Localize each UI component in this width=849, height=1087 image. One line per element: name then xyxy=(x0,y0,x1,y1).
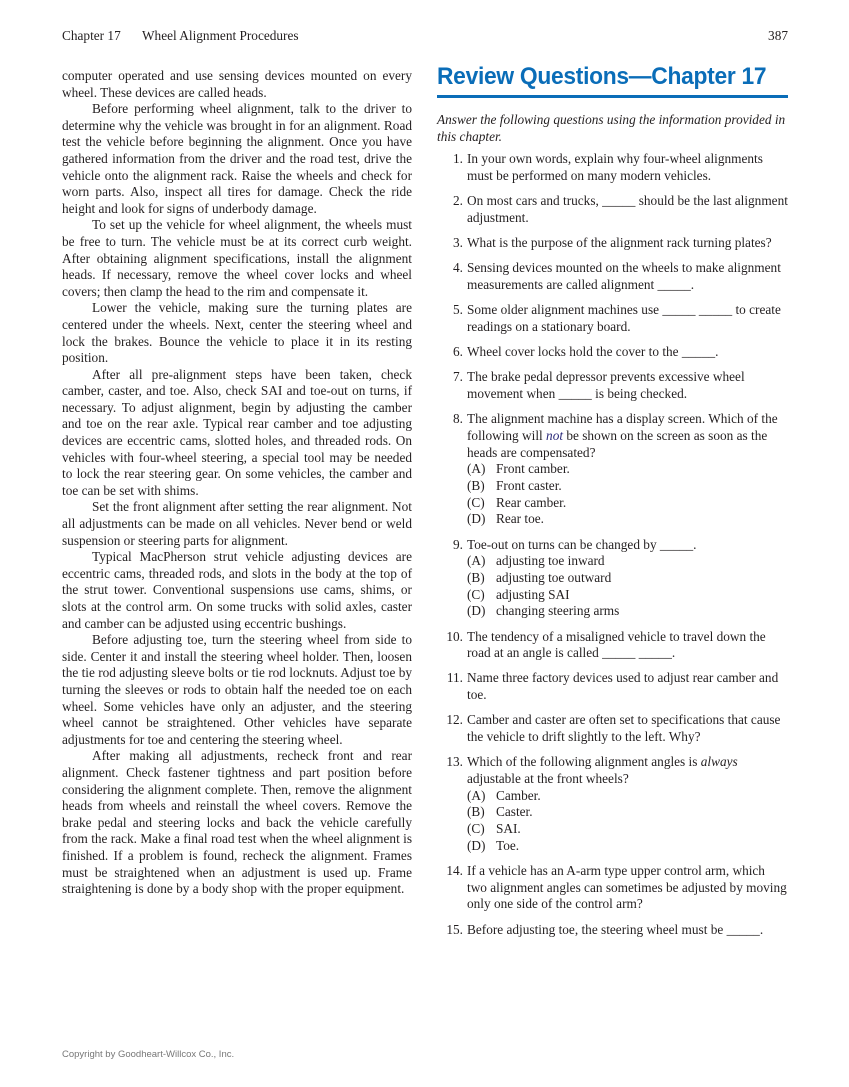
question-text: The brake pedal depressor prevents exces… xyxy=(467,369,745,401)
question-item: 13.Which of the following alignment angl… xyxy=(437,754,788,854)
question-text: On most cars and trucks, _____ should be… xyxy=(467,193,788,225)
option-text: Toe. xyxy=(496,838,519,853)
answer-option: (A)Front camber. xyxy=(467,461,788,478)
option-text: Rear toe. xyxy=(496,511,544,526)
section-title-rule xyxy=(437,95,788,98)
body-paragraph: After all pre-alignment steps have been … xyxy=(62,367,412,500)
question-item: 2.On most cars and trucks, _____ should … xyxy=(437,193,788,226)
question-item: 4.Sensing devices mounted on the wheels … xyxy=(437,260,788,293)
question-number: 14. xyxy=(446,863,463,880)
answer-option: (A)Camber. xyxy=(467,788,788,805)
option-text: Rear camber. xyxy=(496,495,566,510)
question-text: Some older alignment machines use _____ … xyxy=(467,302,781,334)
option-letter: (A) xyxy=(467,461,485,478)
answer-option: (D)Rear toe. xyxy=(467,511,788,528)
option-text: adjusting SAI xyxy=(496,587,570,602)
question-text: Toe-out on turns can be changed by _____… xyxy=(467,537,697,552)
copyright-footer: Copyright by Goodheart-Willcox Co., Inc. xyxy=(62,1049,234,1060)
option-letter: (B) xyxy=(467,804,485,821)
question-item: 10.The tendency of a misaligned vehicle … xyxy=(437,629,788,662)
question-text: The tendency of a misaligned vehicle to … xyxy=(467,629,766,661)
body-paragraph: After making all adjustments, recheck fr… xyxy=(62,748,412,897)
body-paragraph: To set up the vehicle for wheel alignmen… xyxy=(62,217,412,300)
question-number: 15. xyxy=(446,922,463,939)
question-item: 9.Toe-out on turns can be changed by ___… xyxy=(437,537,788,621)
question-item: 1.In your own words, explain why four-wh… xyxy=(437,151,788,184)
instructions: Answer the following questions using the… xyxy=(437,112,788,145)
option-text: Front camber. xyxy=(496,461,570,476)
answer-option: (D)Toe. xyxy=(467,838,788,855)
option-text: Front caster. xyxy=(496,478,562,493)
option-text: adjusting toe outward xyxy=(496,570,611,585)
question-text: Which of the following alignment angles … xyxy=(467,754,701,769)
question-item: 7.The brake pedal depressor prevents exc… xyxy=(437,369,788,402)
option-text: Camber. xyxy=(496,788,541,803)
option-text: SAI. xyxy=(496,821,521,836)
body-paragraph: Typical MacPherson strut vehicle adjusti… xyxy=(62,549,412,632)
option-letter: (B) xyxy=(467,570,485,587)
question-number: 10. xyxy=(446,629,463,646)
question-item: 14.If a vehicle has an A-arm type upper … xyxy=(437,863,788,913)
option-letter: (D) xyxy=(467,603,485,620)
option-letter: (A) xyxy=(467,788,485,805)
question-item: 3.What is the purpose of the alignment r… xyxy=(437,235,788,252)
answer-option: (A)adjusting toe inward xyxy=(467,553,788,570)
page-number: 387 xyxy=(768,28,788,44)
option-letter: (C) xyxy=(467,821,485,838)
question-item: 11.Name three factory devices used to ad… xyxy=(437,670,788,703)
option-letter: (A) xyxy=(467,553,485,570)
question-item: 15.Before adjusting toe, the steering wh… xyxy=(437,922,788,939)
option-letter: (D) xyxy=(467,511,485,528)
answer-option: (C)adjusting SAI xyxy=(467,587,788,604)
body-paragraph: Before adjusting toe, turn the steering … xyxy=(62,632,412,748)
section-title: Review Questions—Chapter 17 xyxy=(437,62,763,92)
option-text: Caster. xyxy=(496,804,533,819)
body-paragraph: computer operated and use sensing device… xyxy=(62,68,412,101)
question-number: 9. xyxy=(453,537,463,554)
body-text-column: computer operated and use sensing device… xyxy=(62,68,412,898)
answer-option: (C)Rear camber. xyxy=(467,495,788,512)
option-letter: (B) xyxy=(467,478,485,495)
question-number: 2. xyxy=(453,193,463,210)
question-number: 8. xyxy=(453,411,463,428)
option-letter: (C) xyxy=(467,587,485,604)
review-questions-section: Review Questions—Chapter 17 Answer the f… xyxy=(437,62,788,947)
question-emphasis: not xyxy=(546,428,563,443)
question-number: 1. xyxy=(453,151,463,168)
question-text: In your own words, explain why four-whee… xyxy=(467,151,763,183)
question-item: 6.Wheel cover locks hold the cover to th… xyxy=(437,344,788,361)
question-list: 1.In your own words, explain why four-wh… xyxy=(437,151,788,938)
body-paragraph: Lower the vehicle, making sure the turni… xyxy=(62,300,412,366)
question-text: Name three factory devices used to adjus… xyxy=(467,670,778,702)
question-emphasis: always xyxy=(701,754,738,769)
question-item: 12.Camber and caster are often set to sp… xyxy=(437,712,788,745)
answer-option: (D)changing steering arms xyxy=(467,603,788,620)
question-text: Wheel cover locks hold the cover to the … xyxy=(467,344,718,359)
chapter-title: Wheel Alignment Procedures xyxy=(142,28,299,44)
question-number: 12. xyxy=(446,712,463,729)
question-text: If a vehicle has an A-arm type upper con… xyxy=(467,863,787,911)
body-paragraph: Set the front alignment after setting th… xyxy=(62,499,412,549)
question-item: 5.Some older alignment machines use ____… xyxy=(437,302,788,335)
question-number: 13. xyxy=(446,754,463,771)
body-paragraph: Before performing wheel alignment, talk … xyxy=(62,101,412,217)
running-head: Chapter 17 Wheel Alignment Procedures 38… xyxy=(62,28,788,46)
chapter-label: Chapter 17 xyxy=(62,28,121,44)
question-number: 4. xyxy=(453,260,463,277)
question-text: Sensing devices mounted on the wheels to… xyxy=(467,260,781,292)
answer-option: (B)adjusting toe outward xyxy=(467,570,788,587)
question-number: 6. xyxy=(453,344,463,361)
answer-option: (B)Front caster. xyxy=(467,478,788,495)
question-number: 3. xyxy=(453,235,463,252)
question-number: 5. xyxy=(453,302,463,319)
answer-option: (B)Caster. xyxy=(467,804,788,821)
question-text: Camber and caster are often set to speci… xyxy=(467,712,780,744)
question-number: 11. xyxy=(447,670,463,687)
option-text: adjusting toe inward xyxy=(496,553,605,568)
answer-option: (C)SAI. xyxy=(467,821,788,838)
option-letter: (C) xyxy=(467,495,485,512)
question-number: 7. xyxy=(453,369,463,386)
question-text: Before adjusting toe, the steering wheel… xyxy=(467,922,763,937)
question-text: What is the purpose of the alignment rac… xyxy=(467,235,772,250)
question-item: 8.The alignment machine has a display sc… xyxy=(437,411,788,528)
option-text: changing steering arms xyxy=(496,603,619,618)
question-text: adjustable at the front wheels? xyxy=(467,771,629,786)
option-letter: (D) xyxy=(467,838,485,855)
